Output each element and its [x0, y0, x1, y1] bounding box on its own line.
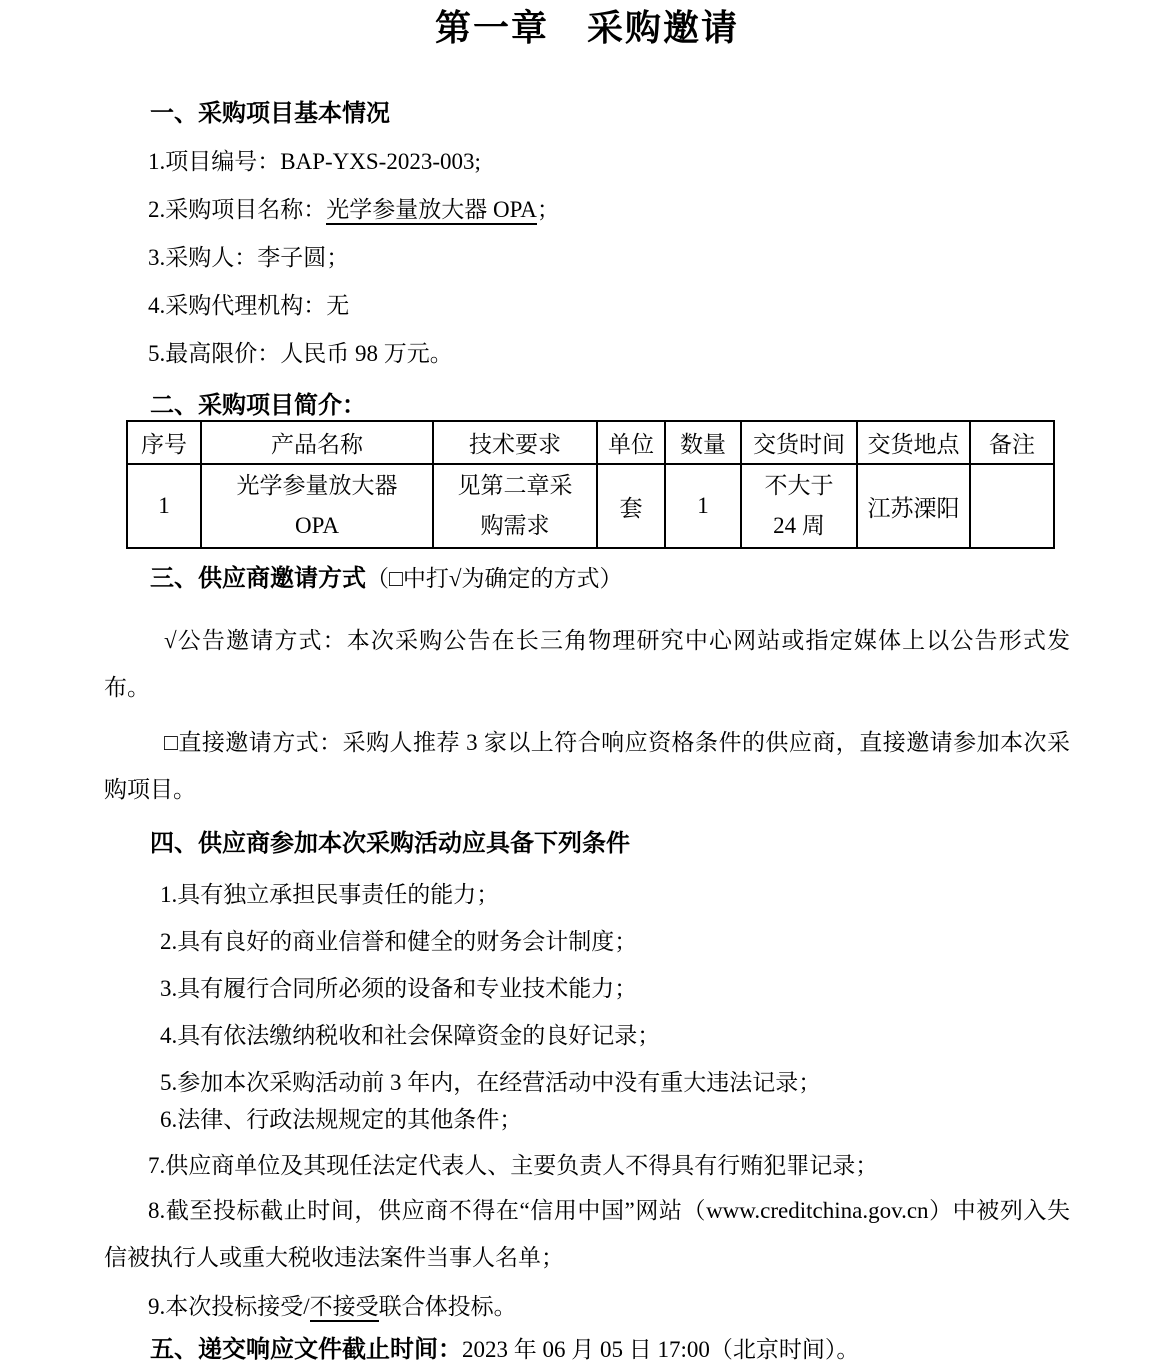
cell-delivery-time-line2: 24 周 [742, 506, 856, 546]
document-page: 第一章 采购邀请 一、采购项目基本情况 1.项目编号：BAP-YXS-2023-… [0, 0, 1174, 1372]
cell-tech-line2: 购需求 [434, 506, 596, 546]
condition-item-5: 5.参加本次采购活动前 3 年内，在经营活动中没有重大违法记录； [160, 1069, 1070, 1097]
section-5-heading-bold: 五、递交响应文件截止时间： [150, 1336, 462, 1363]
section-3-heading: 三、供应商邀请方式（□中打√为确定的方式） [150, 565, 1070, 593]
condition-item-9-prefix: 9.本次投标接受/ [148, 1294, 310, 1319]
col-header-qty: 数量 [665, 421, 741, 464]
col-header-delivery-place: 交货地点 [857, 421, 970, 464]
condition-item-6: 6.法律、行政法规规定的其他条件； [160, 1106, 1070, 1134]
section-1-heading: 一、采购项目基本情况 [150, 100, 1070, 128]
cell-qty: 1 [665, 464, 741, 548]
section-4-heading: 四、供应商参加本次采购活动应具备下列条件 [150, 830, 1070, 858]
paragraph-direct-invitation: □直接邀请方式：采购人推荐 3 家以上符合响应资格条件的供应商，直接邀请参加本次… [104, 719, 1070, 813]
list-item-price-limit: 5.最高限价：人民币 98 万元。 [148, 340, 1070, 368]
cell-note [970, 464, 1054, 548]
condition-item-9-underline: 不接受 [310, 1294, 379, 1322]
table-row: 1 光学参量放大器 OPA 见第二章采 购需求 套 1 不大于 24 周 [127, 464, 1054, 548]
section-2-heading: 二、采购项目简介： [150, 392, 1070, 420]
table-header-row: 序号 产品名称 技术要求 单位 数量 交货时间 交货地点 备注 [127, 421, 1054, 464]
condition-item-3: 3.具有履行合同所必须的设备和专业技术能力； [160, 975, 1070, 1003]
document-content: 第一章 采购邀请 一、采购项目基本情况 1.项目编号：BAP-YXS-2023-… [0, 6, 1174, 1364]
col-header-unit: 单位 [597, 421, 665, 464]
condition-item-7: 7.供应商单位及其现任法定代表人、主要负责人不得具有行贿犯罪记录； [148, 1152, 1070, 1180]
condition-item-9: 9.本次投标接受/不接受联合体投标。 [148, 1293, 1070, 1321]
list-item-agency: 4.采购代理机构：无 [148, 292, 1070, 320]
project-name-label: 2.采购项目名称： [148, 197, 326, 222]
col-header-note: 备注 [970, 421, 1054, 464]
cell-product-line2: OPA [202, 506, 432, 546]
cell-delivery-place: 江苏溧阳 [857, 464, 970, 548]
cell-delivery-time-line1: 不大于 [742, 466, 856, 506]
condition-item-2: 2.具有良好的商业信誉和健全的财务会计制度； [160, 928, 1070, 956]
cell-product: 光学参量放大器 OPA [201, 464, 433, 548]
cell-delivery-time: 不大于 24 周 [741, 464, 857, 548]
cell-product-line1: 光学参量放大器 [202, 466, 432, 506]
condition-item-8: 8.截至投标截止时间，供应商不得在“信用中国”网站（www.creditchin… [104, 1187, 1070, 1281]
section-3-heading-bold: 三、供应商邀请方式 [150, 565, 366, 592]
procurement-summary-table: 序号 产品名称 技术要求 单位 数量 交货时间 交货地点 备注 1 光学参量放大… [126, 420, 1055, 549]
condition-item-4: 4.具有依法缴纳税收和社会保障资金的良好记录； [160, 1022, 1070, 1050]
cell-tech-line1: 见第二章采 [434, 466, 596, 506]
col-header-product: 产品名称 [201, 421, 433, 464]
paragraph-announcement-invitation: √公告邀请方式：本次采购公告在长三角物理研究中心网站或指定媒体上以公告形式发布。 [104, 617, 1070, 711]
cell-unit: 套 [597, 464, 665, 548]
col-header-seq: 序号 [127, 421, 201, 464]
condition-item-9-suffix: 联合体投标。 [379, 1294, 517, 1319]
cell-tech: 见第二章采 购需求 [433, 464, 597, 548]
section-5-heading: 五、递交响应文件截止时间：2023 年 06 月 05 日 17:00（北京时间… [150, 1336, 1070, 1364]
page-title: 第一章 采购邀请 [104, 6, 1070, 50]
list-item-project-name: 2.采购项目名称：光学参量放大器 OPA； [148, 196, 1070, 224]
list-item-project-number: 1.项目编号：BAP-YXS-2023-003; [148, 148, 1070, 176]
section-5-deadline-value: 2023 年 06 月 05 日 17:00（北京时间）。 [462, 1337, 859, 1362]
col-header-delivery-time: 交货时间 [741, 421, 857, 464]
cell-seq: 1 [127, 464, 201, 548]
section-3-heading-note: （□中打√为确定的方式） [366, 566, 623, 591]
project-name-value: 光学参量放大器 OPA [326, 197, 537, 225]
list-item-purchaser: 3.采购人：李子圆； [148, 244, 1070, 272]
condition-item-1: 1.具有独立承担民事责任的能力； [160, 881, 1070, 909]
project-name-suffix: ； [537, 197, 560, 222]
col-header-tech: 技术要求 [433, 421, 597, 464]
